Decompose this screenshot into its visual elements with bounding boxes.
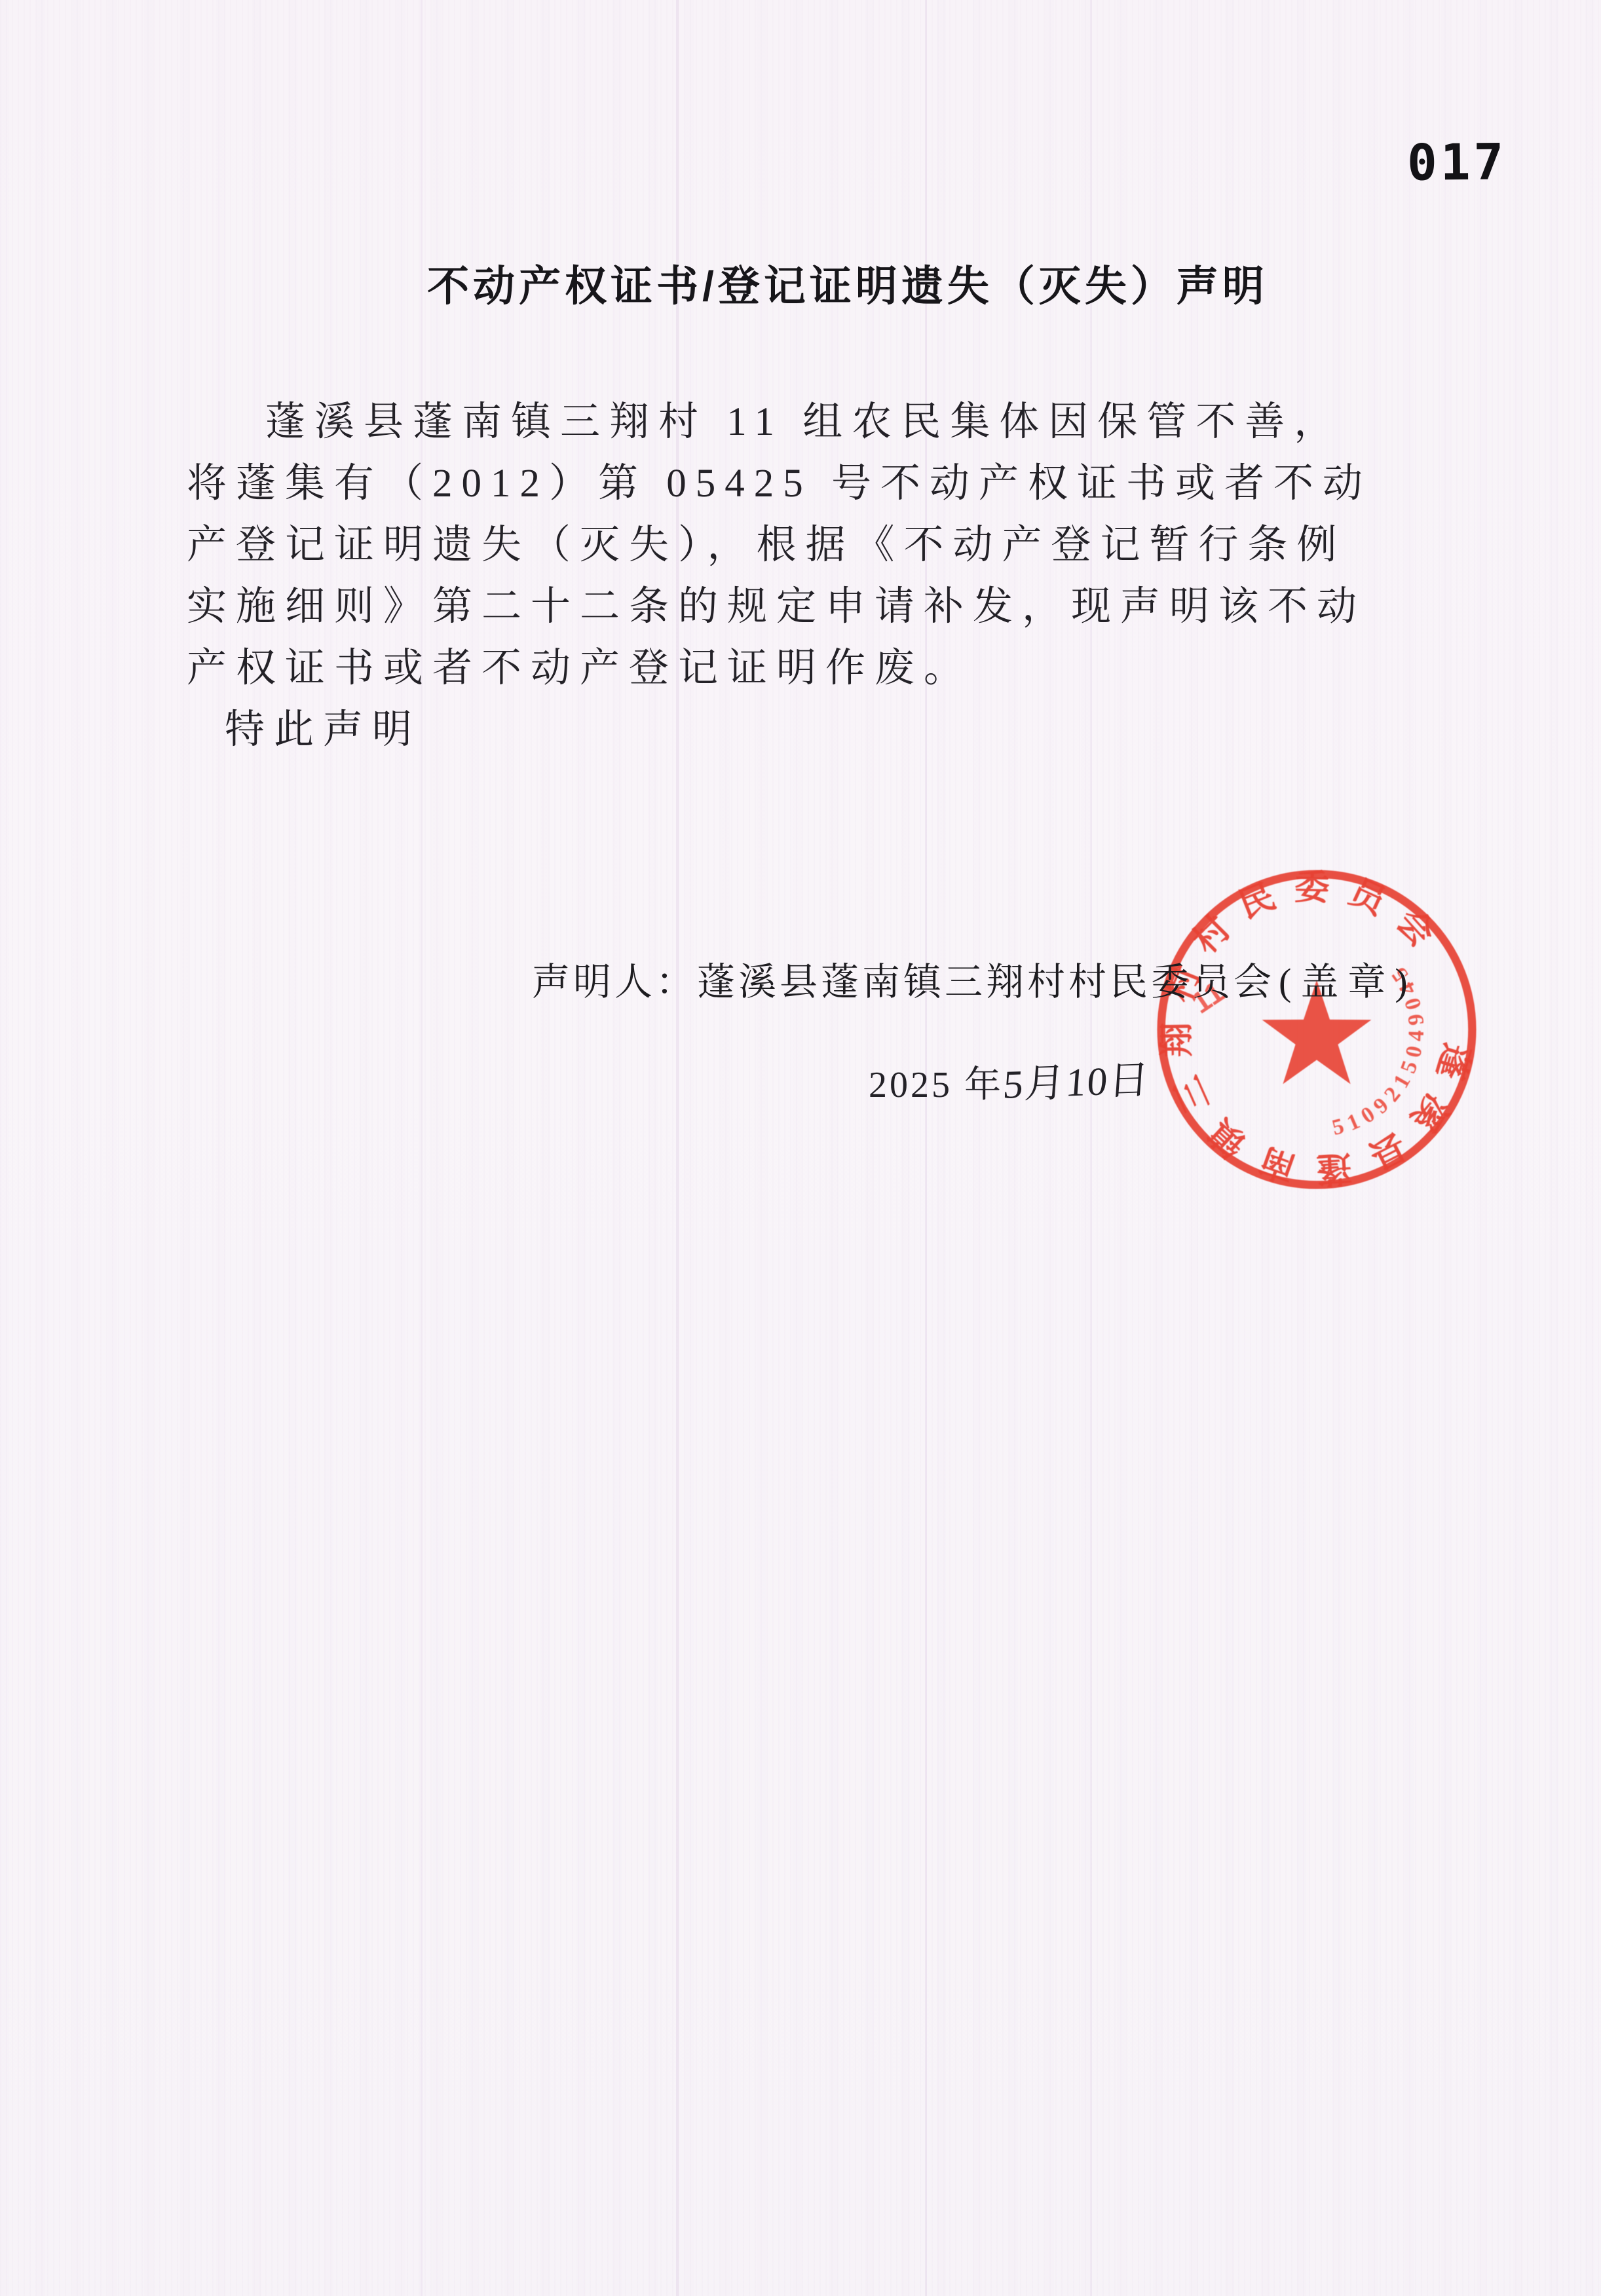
body-line-2: 将蓬集有（2012）第 05425 号不动产权证书或者不动 [187, 453, 1425, 515]
official-seal-graphic: 蓬溪县蓬南镇三翔村村民委员会 5109215049045 11 [1148, 861, 1486, 1198]
date-line: 2025 年5月10日 [869, 1052, 1150, 1109]
body-line-3: 产登记证明遗失（灭失），根据《不动产登记暂行条例 [187, 515, 1425, 576]
document-title: 不动产权证书/登记证明遗失（灭失）声明 [47, 253, 1601, 313]
date-printed-year: 2025 年 [869, 1065, 1004, 1105]
scan-streak [421, 0, 423, 2296]
declarant-text: 声明人：蓬溪县蓬南镇三翔村村民委员会 [532, 961, 1275, 1003]
scanned-declaration-page: 017 不动产权证书/登记证明遗失（灭失）声明 蓬溪县蓬南镇三翔村 11 组农民… [0, 0, 1601, 2296]
body-line-5: 产权证书或者不动产登记证明作废。 [187, 638, 1425, 699]
scan-streak [676, 0, 679, 2296]
official-seal: 蓬溪县蓬南镇三翔村村民委员会 5109215049045 11 [1148, 861, 1486, 1198]
date-handwritten: 5月10日 [1002, 1048, 1152, 1110]
closing-line: 特此声明 [187, 699, 1425, 761]
scan-streak [1090, 0, 1092, 2296]
signature-line: 声明人：蓬溪县蓬南镇三翔村村民委员会(盖章) [532, 951, 1417, 1006]
stamp-note: (盖章) [1279, 961, 1417, 1003]
scan-streak [925, 0, 927, 2296]
body-line-4: 实施细则》第二十二条的规定申请补发，现声明该不动 [187, 576, 1425, 638]
body-line-1: 蓬溪县蓬南镇三翔村 11 组农民集体因保管不善， [187, 392, 1425, 453]
declaration-body: 蓬溪县蓬南镇三翔村 11 组农民集体因保管不善， 将蓬集有（2012）第 054… [187, 392, 1425, 761]
page-number: 017 [1407, 132, 1507, 191]
